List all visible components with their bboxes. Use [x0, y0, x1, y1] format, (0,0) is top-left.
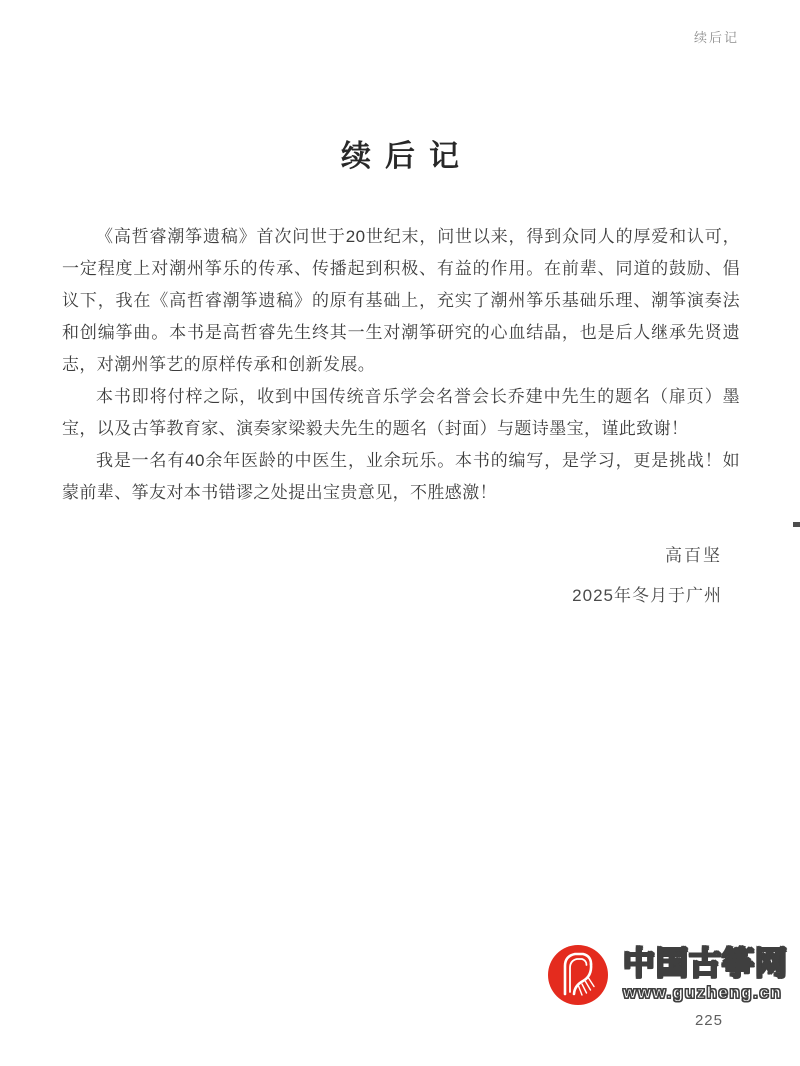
paragraph-2: 本书即将付梓之际，收到中国传统音乐学会名誉会长乔建中先生的题名（扉页）墨宝，以及…: [62, 381, 740, 445]
logo-site-url: www.guzheng.cn: [623, 983, 788, 1003]
paragraph-3: 我是一名有40余年医龄的中医生，业余玩乐。本书的编写，是学习，更是挑战！如蒙前辈…: [62, 445, 740, 509]
guzheng-site-logo: 中国古筝网 www.guzheng.cn: [546, 943, 788, 1007]
logo-text-block: 中国古筝网 www.guzheng.cn: [623, 947, 788, 1004]
page-number: 225: [695, 1012, 723, 1029]
logo-site-name: 中国古筝网: [623, 947, 788, 981]
running-header: 续后记: [694, 27, 739, 46]
body-text: 《高哲睿潮筝遗稿》首次问世于20世纪末，问世以来，得到众同人的厚爱和认可，一定程…: [62, 221, 740, 509]
page-title: 续后记: [0, 131, 800, 175]
page-edge-mark: [793, 522, 800, 527]
paragraph-1: 《高哲睿潮筝遗稿》首次问世于20世纪末，问世以来，得到众同人的厚爱和认可，一定程…: [62, 221, 740, 381]
signature-block: 高百坚 2025年冬月于广州: [572, 541, 722, 606]
guzheng-circle-icon: [546, 943, 610, 1007]
book-page: 续后记 续后记 《高哲睿潮筝遗稿》首次问世于20世纪末，问世以来，得到众同人的厚…: [0, 0, 800, 1066]
signature-name: 高百坚: [572, 541, 722, 566]
signature-date-place: 2025年冬月于广州: [572, 581, 722, 606]
